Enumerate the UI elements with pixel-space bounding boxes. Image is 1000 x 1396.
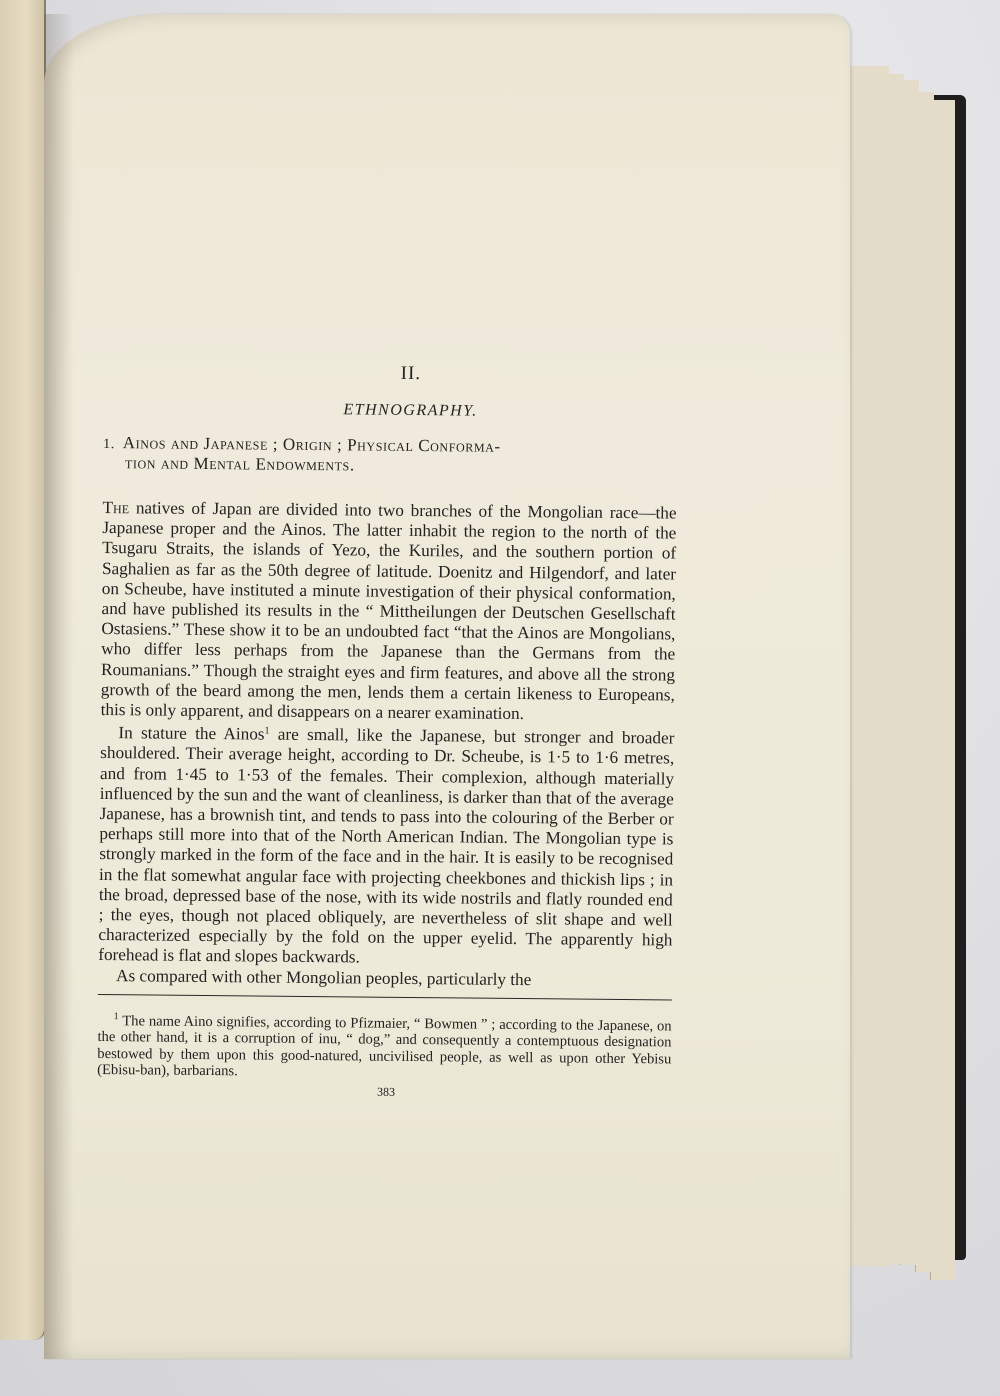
footnote-text: The name Aino signifies, according to Pf… bbox=[97, 1013, 672, 1080]
section-number: 1. bbox=[103, 437, 115, 452]
paragraph-text: As compared with other Mongolian peoples… bbox=[116, 966, 531, 989]
paragraph: In stature the Ainos1 are small, like th… bbox=[98, 720, 674, 971]
facing-page-edge bbox=[0, 0, 46, 1340]
section-title-line1: Ainos and Japanese ; Origin ; Physical C… bbox=[123, 433, 501, 456]
chapter-number: II. bbox=[144, 360, 678, 387]
paragraph-text: In stature the Ainos bbox=[118, 723, 264, 743]
paragraph: The natives of Japan are divided into tw… bbox=[101, 498, 677, 726]
paragraph: As compared with other Mongolian peoples… bbox=[98, 966, 672, 992]
section-title-line2: tion and Mental Endowments. bbox=[103, 454, 677, 478]
page-text-block: II. ETHNOGRAPHY. 1. Ainos and Japanese ;… bbox=[97, 360, 678, 1102]
paragraph-text: natives of Japan are divided into two br… bbox=[101, 498, 677, 723]
paragraph-lead-caps: The bbox=[102, 498, 129, 517]
page-stack-edge bbox=[848, 66, 889, 1266]
footnote-divider bbox=[98, 994, 672, 1001]
paragraph-text: are small, like the Japanese, but strong… bbox=[98, 725, 674, 967]
chapter-title: ETHNOGRAPHY. bbox=[143, 399, 677, 422]
body-text: The natives of Japan are divided into tw… bbox=[98, 498, 677, 991]
section-heading: 1. Ainos and Japanese ; Origin ; Physica… bbox=[103, 434, 677, 478]
footnote: 1 The name Aino signifies, according to … bbox=[97, 1009, 672, 1085]
